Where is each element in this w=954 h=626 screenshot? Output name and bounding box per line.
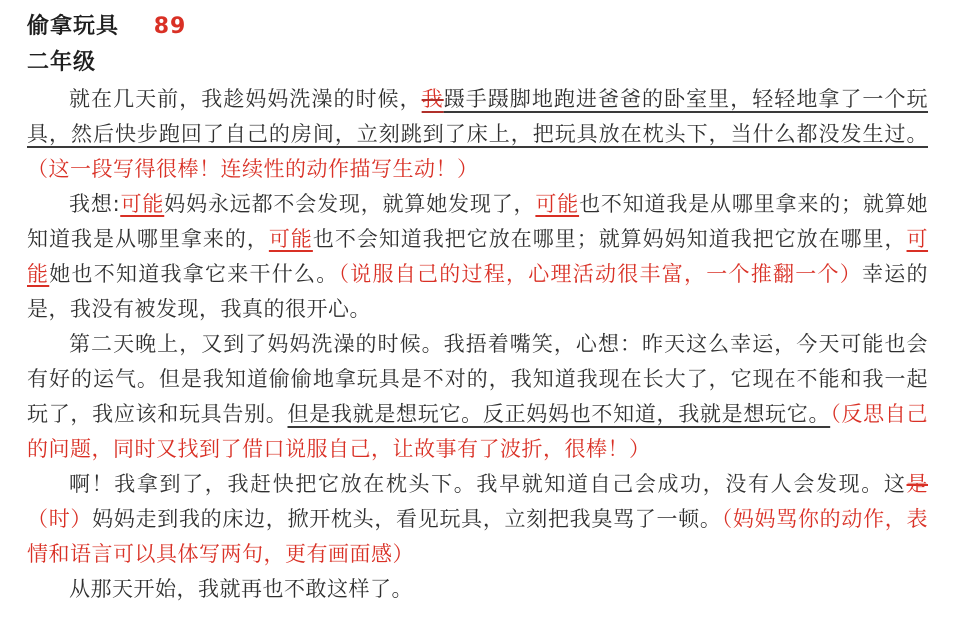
grade-label: 二年级 xyxy=(27,48,928,78)
essay-paragraph: 我想:可能妈妈永远都不会发现，就算她发现了，可能也不知道我是从哪里拿来的；就算她… xyxy=(27,187,928,327)
teacher-deleted-word: 我 xyxy=(422,87,444,111)
essay-title-row: 偷拿玩具 89 xyxy=(27,12,928,42)
teacher-marked-word: 可能 xyxy=(535,192,579,216)
essay-score: 89 xyxy=(154,14,187,39)
teacher-comment: （说服自己的过程，心理活动很丰富，一个推翻一个） xyxy=(339,262,863,286)
essay-text-segment: 也不会知道我把它放在哪里；就算妈妈知道我把它放在哪里， xyxy=(313,227,907,251)
essay-text-segment: 她也不知道我拿它来干什么。 xyxy=(49,262,338,286)
essay-page: 偷拿玩具 89 二年级 就在几天前，我趁妈妈洗澡的时候，我蹑手蹑脚地跑进爸爸的卧… xyxy=(0,0,954,626)
essay-text-segment: 就在几天前，我趁妈妈洗澡的时候， xyxy=(69,87,422,111)
essay-paragraph: 第二天晚上，又到了妈妈洗澡的时候。我捂着嘴笑，心想：昨天这么幸运，今天可能也会有… xyxy=(27,327,928,467)
essay-title: 偷拿玩具 xyxy=(27,14,119,39)
essay-text-segment: 妈妈永远都不会发现，就算她发现了， xyxy=(164,192,535,216)
essay-paragraph: 从那天开始，我就再也不敢这样了。 xyxy=(27,572,928,607)
essay-paragraph: 啊！我拿到了，我赶快把它放在枕头下。我早就知道自己会成功，没有人会发现。这是（时… xyxy=(27,467,928,572)
essay-text-segment: 妈妈走到我的床边，掀开枕头，看见玩具，立刻把我臭骂了一顿。 xyxy=(92,507,722,531)
essay-text-segment: 从那天开始，我就再也不敢这样了。 xyxy=(69,577,413,601)
essay-text-segment: 我想: xyxy=(69,192,120,216)
teacher-deleted-word: 是 xyxy=(907,472,929,496)
teacher-comment: （时） xyxy=(27,507,92,531)
essay-paragraph: 就在几天前，我趁妈妈洗澡的时候，我蹑手蹑脚地跑进爸爸的卧室里，轻轻地拿了一个玩具… xyxy=(27,82,928,187)
essay-text-segment: 啊！我拿到了，我赶快把它放在枕头下。我早就知道自己会成功，没有人会发现。这 xyxy=(69,472,907,496)
teacher-comment: （这一段写得很棒！连续性的动作描写生动！） xyxy=(27,157,479,181)
teacher-underlined-passage: 但是我就是想玩它。反正妈妈也不知道，我就是想玩它。 xyxy=(288,402,831,426)
teacher-marked-word: 可能 xyxy=(269,227,313,251)
teacher-marked-word: 可能 xyxy=(120,192,164,216)
essay-body: 就在几天前，我趁妈妈洗澡的时候，我蹑手蹑脚地跑进爸爸的卧室里，轻轻地拿了一个玩具… xyxy=(27,82,928,607)
